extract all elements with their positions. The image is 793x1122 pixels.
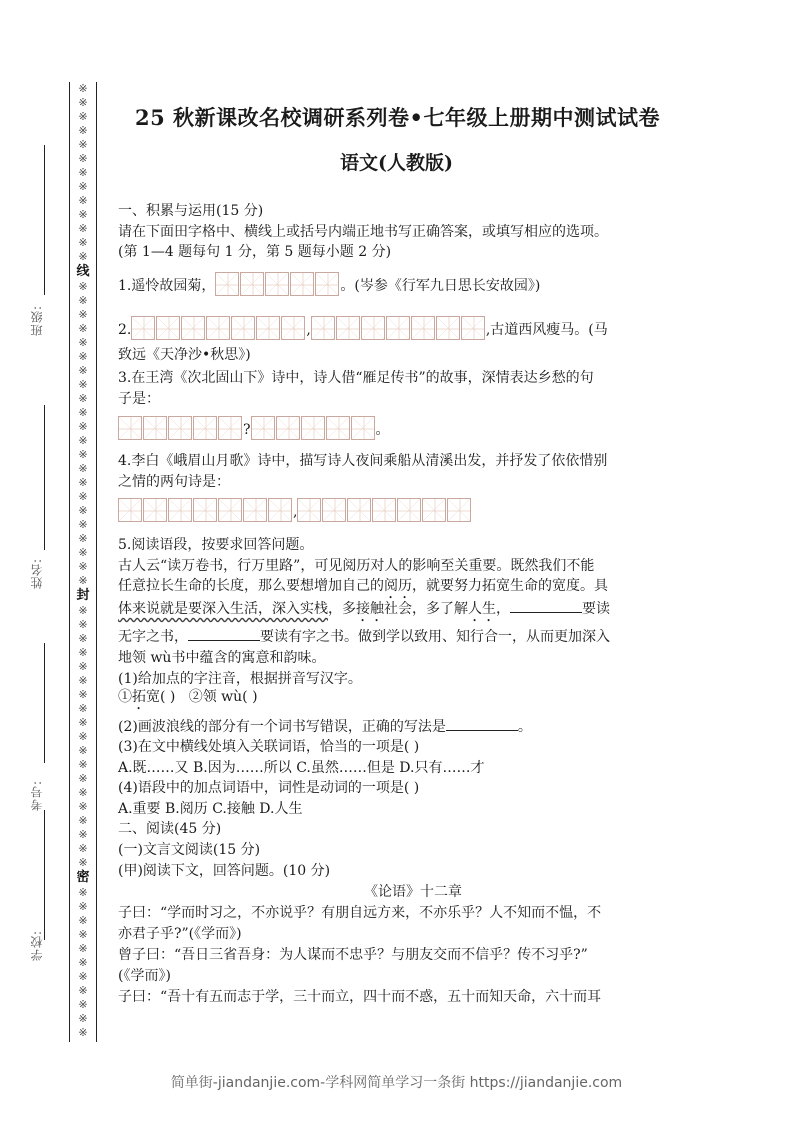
tianzige-box[interactable] [372, 498, 396, 522]
star-mark-icon: ※ [78, 236, 87, 250]
star-mark-icon: ※ [78, 998, 87, 1012]
q2-answer-grid-b[interactable] [311, 316, 486, 340]
dotted-word-rensheng: 人生 [468, 601, 496, 617]
q5-sub1: (1)给加点的字注音，根据拼音写汉字。 [118, 669, 362, 689]
star-mark-icon: ※ [78, 546, 87, 560]
passage-title: 《论语》十二章 [118, 882, 708, 902]
star-mark-icon: ※ [78, 618, 87, 632]
tianzige-box[interactable] [193, 416, 217, 440]
star-mark-icon: ※ [78, 406, 87, 420]
q5-sub4-options: A.重要 B.阅历 C.接触 D.人生 [118, 799, 303, 819]
dotted-word-yueli: 阅历 [384, 578, 412, 594]
tianzige-box[interactable] [251, 416, 275, 440]
tianzige-box[interactable] [422, 498, 446, 522]
binding-line-left [69, 82, 70, 1042]
dotted-char-tuo: 拓 [132, 689, 146, 705]
tianzige-box[interactable] [265, 272, 289, 296]
seal-char: 封 [76, 588, 89, 604]
tianzige-box[interactable] [218, 498, 242, 522]
name-field-line [44, 405, 45, 550]
star-mark-icon: ※ [78, 716, 87, 730]
section2-part1-a: (甲)阅读下文，回答问题。(10 分) [118, 861, 330, 881]
tianzige-box[interactable] [206, 316, 230, 340]
star-mark-icon: ※ [78, 490, 87, 504]
q4-line2: 之情的两句诗是： [118, 472, 230, 492]
tianzige-box[interactable] [322, 498, 346, 522]
q4-line1: 4.李白《峨眉山月歌》诗中，描写诗人夜间乘船从清溪出发，并抒发了依依惜别 [118, 451, 607, 471]
tianzige-box[interactable] [290, 272, 314, 296]
star-mark-icon: ※ [78, 660, 87, 674]
tianzige-box[interactable] [436, 316, 460, 340]
star-mark-icon: ※ [78, 448, 87, 462]
footer-watermark: 简单街-jiandanjie.com-学科网简单学习一条街 https://ji… [0, 1072, 793, 1092]
tianzige-box[interactable] [215, 272, 239, 296]
question-1: 1.遥怜故园菊，。(岑参《行军九日思长安故园》) [118, 272, 540, 296]
q5-sub1-items: ①拓宽( ) ②领 wù( ) [118, 687, 258, 713]
exam-subtitle: 语文(人教版) [0, 148, 793, 175]
star-mark-icon: ※ [78, 984, 87, 998]
tianzige-box[interactable] [131, 316, 155, 340]
star-mark-icon: ※ [78, 420, 87, 434]
star-mark-icon: ※ [78, 1012, 87, 1026]
star-mark-icon: ※ [78, 942, 87, 956]
star-mark-icon: ※ [78, 194, 87, 208]
q5-para-line1: 古人云“读万卷书，行万里路”，可见阅历对人的影响至关重要。既然我们不能 [118, 556, 594, 576]
star-mark-icon: ※ [78, 800, 87, 814]
tianzige-box[interactable] [276, 416, 300, 440]
binding-line-right [96, 82, 97, 1042]
star-mark-icon: ※ [78, 828, 87, 842]
tianzige-box[interactable] [297, 498, 321, 522]
tianzige-box[interactable] [336, 316, 360, 340]
passage-line-5: 子曰：“吾十有五而志于学，三十而立，四十而不惑，五十而知天命，六十而耳 [118, 987, 601, 1007]
tianzige-box[interactable] [386, 316, 410, 340]
star-mark-icon: ※ [78, 110, 87, 124]
star-mark-icon: ※ [78, 758, 87, 772]
star-mark-icon: ※ [78, 900, 87, 914]
star-mark-icon: ※ [78, 646, 87, 660]
q1-prefix: 1.遥怜故园菊， [118, 278, 215, 294]
tianzige-box[interactable] [411, 316, 435, 340]
tianzige-box[interactable] [397, 498, 421, 522]
star-mark-icon: ※ [78, 462, 87, 476]
section1-instruction: 请在下面田字格中、横线上或括号内端正地书写正确答案，或填写相应的选项。 [118, 222, 608, 242]
star-mark-icon: ※ [78, 574, 87, 588]
star-mark-icon: ※ [78, 786, 87, 800]
tianzige-box[interactable] [118, 498, 142, 522]
class-field-label: 班级: [28, 305, 45, 336]
dotted-word-jiechu: 接触 [356, 601, 384, 617]
star-mark-icon: ※ [78, 392, 87, 406]
exam-title: 25 秋新课改名校调研系列卷•七年级上册期中测试试卷 [135, 102, 665, 132]
tianzige-box[interactable] [143, 416, 167, 440]
q2-prefix: 2. [118, 322, 131, 338]
star-mark-icon: ※ [78, 350, 87, 364]
school-field-label: 学校: [28, 930, 45, 961]
q5-para-line4: 无字之书，要读有字之书。做到学以致用、知行合一，从而更加深入 [118, 627, 610, 647]
tianzige-box[interactable] [347, 498, 371, 522]
tianzige-box[interactable] [143, 498, 167, 522]
name-field-label: 姓名: [28, 558, 45, 589]
star-mark-icon: ※ [78, 250, 87, 264]
star-mark-icon: ※ [78, 504, 87, 518]
passage-line-4: (《学而》) [118, 966, 171, 986]
q4-answer-grid-a[interactable] [118, 498, 293, 522]
tianzige-box[interactable] [361, 316, 385, 340]
star-mark-icon: ※ [78, 772, 87, 786]
blank-sub2[interactable] [446, 717, 518, 731]
star-mark-icon: ※ [78, 322, 87, 336]
exam-number-field-line [44, 643, 45, 763]
tianzige-box[interactable] [447, 498, 471, 522]
star-mark-icon: ※ [78, 886, 87, 900]
q5-para-line3: 体来说就是要深入生活，深入实栈，多接触社会，多了解人生，要读 [118, 599, 610, 625]
passage-line-2: 亦君子乎?”(《学而》) [118, 924, 242, 944]
q3-line2: 子是： [118, 389, 160, 409]
tianzige-box[interactable] [193, 498, 217, 522]
star-mark-icon: ※ [78, 970, 87, 984]
section1-heading: 一、积累与运用(15 分) [118, 201, 263, 221]
section1-scoring-note: (第 1—4 题每句 1 分，第 5 题每小题 2 分) [118, 242, 391, 262]
q5-sub4: (4)语段中的加点词语中，词性是动词的一项是( ) [118, 778, 419, 798]
seal-char: 线 [76, 264, 89, 280]
q5-para-line5: 地领 wù书中蕴含的寓意和韵味。 [118, 648, 325, 668]
q3-answer-grid-a[interactable] [118, 416, 243, 440]
star-mark-icon: ※ [78, 308, 87, 322]
star-mark-icon: ※ [78, 96, 87, 110]
star-mark-icon: ※ [78, 814, 87, 828]
tianzige-box[interactable] [231, 316, 255, 340]
tianzige-box[interactable] [315, 272, 339, 296]
tianzige-box[interactable] [118, 416, 142, 440]
star-mark-icon: ※ [78, 560, 87, 574]
q2-suffix: ,古道西风瘦马。(马 [486, 322, 608, 338]
star-mark-icon: ※ [78, 842, 87, 856]
star-mark-icon: ※ [78, 378, 87, 392]
star-mark-icon: ※ [78, 1026, 87, 1040]
star-mark-icon: ※ [78, 674, 87, 688]
star-mark-icon: ※ [78, 208, 87, 222]
q3-answer-grid-b[interactable] [251, 416, 376, 440]
q1-answer-grid[interactable] [215, 272, 340, 296]
star-mark-icon: ※ [78, 956, 87, 970]
tianzige-box[interactable] [268, 498, 292, 522]
star-mark-icon: ※ [78, 280, 87, 294]
star-mark-icon: ※ [78, 914, 87, 928]
q2-answer-grid-a[interactable] [131, 316, 306, 340]
seal-line-stars: ※※※※※※※※※※※※※线※※※※※※※※※※※※※※※※※※※※※※封※※※… [72, 82, 94, 1042]
star-mark-icon: ※ [78, 336, 87, 350]
tianzige-box[interactable] [311, 316, 335, 340]
q5-sub2: (2)画波浪线的部分有一个词书写错误，正确的写法是。 [118, 717, 532, 737]
tianzige-box[interactable] [301, 416, 325, 440]
star-mark-icon: ※ [78, 434, 87, 448]
passage-line-3: 曾子曰：“吾日三省吾身：为人谋而不忠乎？与朋友交而不信乎？传不习乎?” [118, 945, 588, 965]
star-mark-icon: ※ [78, 730, 87, 744]
tianzige-box[interactable] [181, 316, 205, 340]
star-mark-icon: ※ [78, 744, 87, 758]
q3-line1: 3.在王湾《次北固山下》诗中，诗人借“雁足传书”的故事，深情表达乡愁的句 [118, 368, 594, 388]
q3-end: 。 [376, 422, 390, 438]
star-mark-icon: ※ [78, 604, 87, 618]
q3-answer-row: ?。 [118, 416, 390, 440]
tianzige-box[interactable] [461, 316, 485, 340]
q5-sub3-options: A.既……又 B.因为……所以 C.虽然……但是 D.只有……才 [118, 758, 485, 778]
passage-line-1: 子曰：“学而时习之，不亦说乎？有朋自远方来，不亦乐乎？人不知而不愠，不 [118, 903, 601, 923]
tianzige-box[interactable] [243, 498, 267, 522]
star-mark-icon: ※ [78, 364, 87, 378]
q1-suffix: 。(岑参《行军九日思长安故园》) [340, 278, 540, 294]
star-mark-icon: ※ [78, 702, 87, 716]
school-field-line [44, 810, 45, 940]
q4-answer-grid-b[interactable] [297, 498, 472, 522]
q2-line2: 致远《天净沙•秋思》) [118, 345, 251, 365]
star-mark-icon: ※ [78, 856, 87, 870]
q3-separator: ? [243, 422, 251, 438]
tianzige-box[interactable] [351, 416, 375, 440]
q5-heading: 5.阅读语段，按要求回答问题。 [118, 535, 313, 555]
star-mark-icon: ※ [78, 532, 87, 546]
section2-heading: 二、阅读(45 分) [118, 819, 221, 839]
tianzige-box[interactable] [240, 272, 264, 296]
wavy-underlined-phrase: 体来说就是要深入生活，深入实栈 [118, 601, 328, 617]
tianzige-box[interactable] [326, 416, 350, 440]
question-2: 2.,,古道西风瘦马。(马 [118, 316, 608, 340]
star-mark-icon: ※ [78, 294, 87, 308]
star-mark-icon: ※ [78, 632, 87, 646]
star-mark-icon: ※ [78, 222, 87, 236]
star-mark-icon: ※ [78, 518, 87, 532]
q4-answer-row: , [118, 498, 472, 522]
star-mark-icon: ※ [78, 124, 87, 138]
q5-sub3: (3)在文中横线处填入关联词语，恰当的一项是( ) [118, 737, 419, 757]
exam-number-field-label: 考号: [28, 780, 45, 811]
tianzige-box[interactable] [168, 416, 192, 440]
tianzige-box[interactable] [256, 316, 280, 340]
blank-2[interactable] [188, 627, 260, 641]
seal-char: 密 [76, 870, 89, 886]
tianzige-box[interactable] [218, 416, 242, 440]
star-mark-icon: ※ [78, 82, 87, 96]
blank-1[interactable] [510, 599, 582, 613]
star-mark-icon: ※ [78, 928, 87, 942]
tianzige-box[interactable] [168, 498, 192, 522]
star-mark-icon: ※ [78, 476, 87, 490]
tianzige-box[interactable] [156, 316, 180, 340]
star-mark-icon: ※ [78, 688, 87, 702]
tianzige-box[interactable] [281, 316, 305, 340]
section2-part1: (一)文言文阅读(15 分) [118, 840, 260, 860]
star-mark-icon: ※ [78, 180, 87, 194]
